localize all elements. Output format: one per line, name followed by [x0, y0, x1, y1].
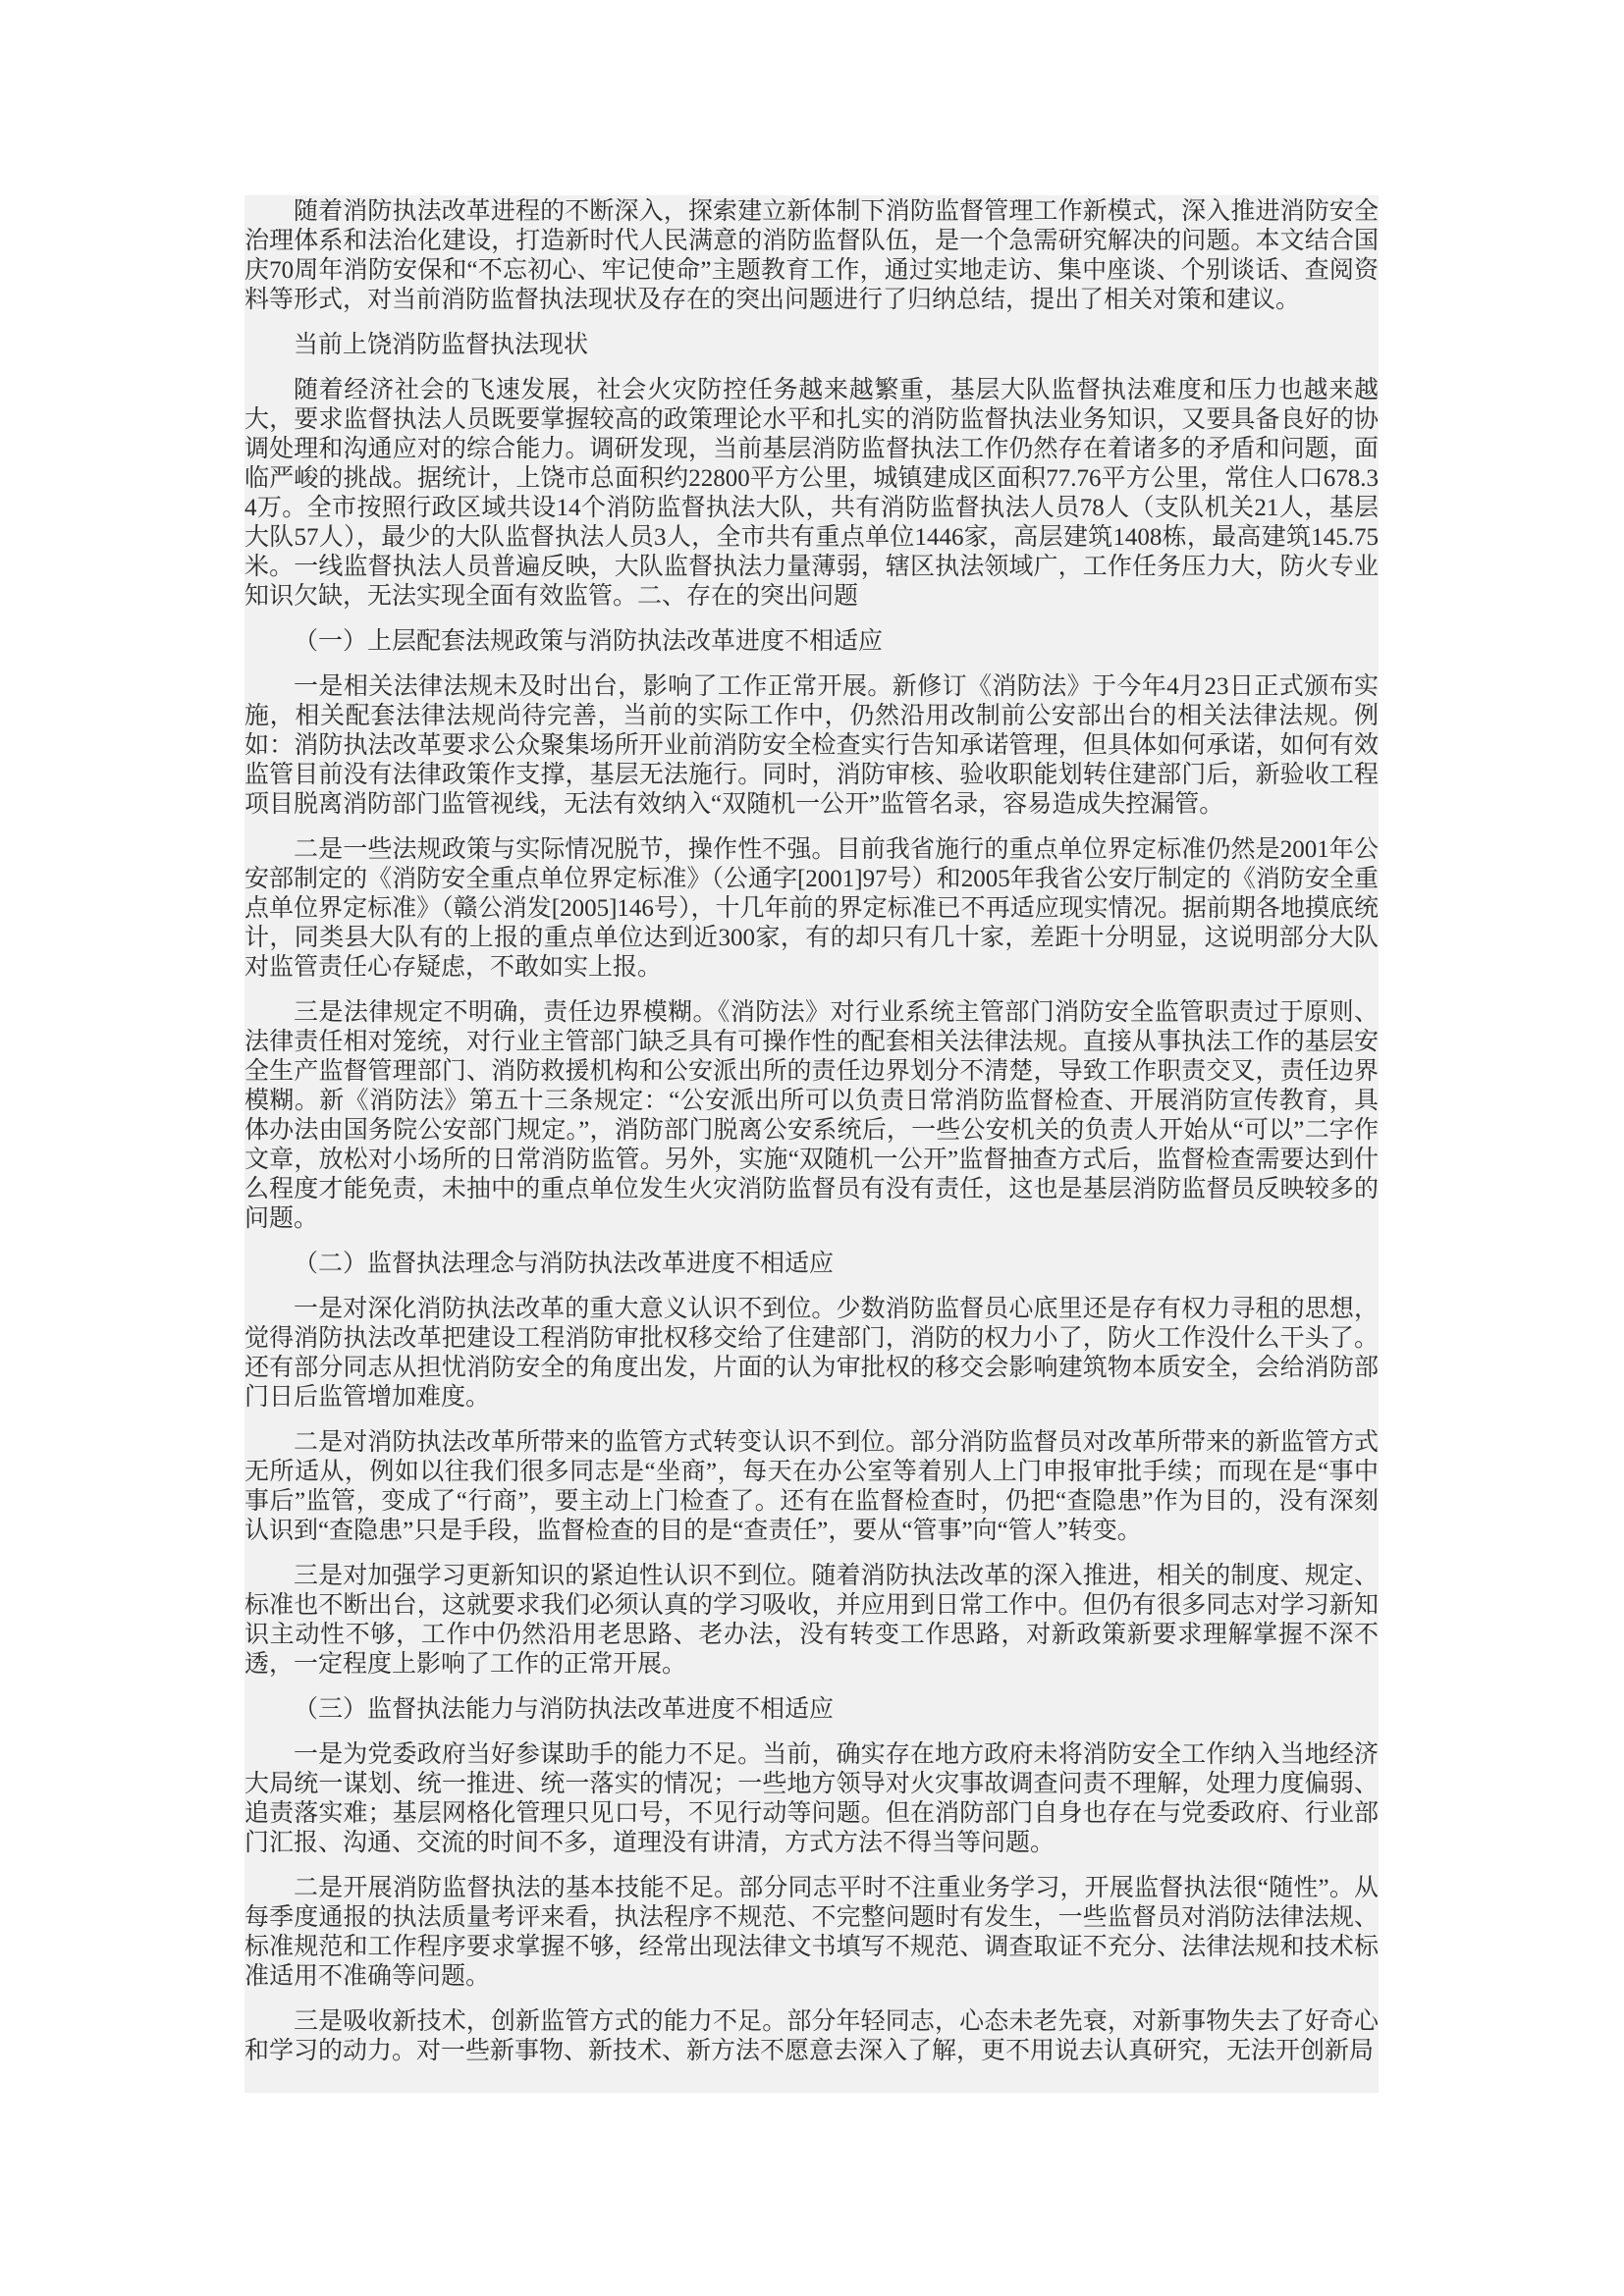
document-page: 随着消防执法改革进程的不断深入，探索建立新体制下消防监督管理工作新模式，深入推进… [0, 0, 1624, 2296]
heading-current-status: 当前上饶消防监督执法现状 [244, 331, 1379, 360]
document-text-block: 随着消防执法改革进程的不断深入，探索建立新体制下消防监督管理工作新模式，深入推进… [244, 195, 1379, 2093]
section-1-point-2: 二是一些法规政策与实际情况脱节，操作性不强。目前我省施行的重点单位界定标准仍然是… [244, 835, 1379, 983]
section-2-point-2: 二是对消防执法改革所带来的监管方式转变认识不到位。部分消防监督员对改革所带来的新… [244, 1428, 1379, 1546]
overview-paragraph: 随着经济社会的飞速发展，社会火灾防控任务越来越繁重，基层大队监督执法难度和压力也… [244, 376, 1379, 612]
section-3-point-1: 一是为党委政府当好参谋助手的能力不足。当前，确实存在地方政府未将消防安全工作纳入… [244, 1740, 1379, 1858]
section-2-point-3: 三是对加强学习更新知识的紧迫性认识不到位。随着消防执法改革的深入推进，相关的制度… [244, 1562, 1379, 1680]
section-3-point-3: 三是吸收新技术，创新监管方式的能力不足。部分年轻同志，心态未老先衰，对新事物失去… [244, 2007, 1379, 2066]
heading-section-3: （三）监督执法能力与消防执法改革进度不相适应 [244, 1695, 1379, 1725]
heading-section-1: （一）上层配套法规政策与消防执法改革进度不相适应 [244, 627, 1379, 657]
heading-section-2: （二）监督执法理念与消防执法改革进度不相适应 [244, 1250, 1379, 1279]
intro-paragraph: 随着消防执法改革进程的不断深入，探索建立新体制下消防监督管理工作新模式，深入推进… [244, 197, 1379, 315]
section-3-point-2: 二是开展消防监督执法的基本技能不足。部分同志平时不注重业务学习，开展监督执法很“… [244, 1874, 1379, 1992]
section-1-point-3: 三是法律规定不明确，责任边界模糊。《消防法》对行业系统主管部门消防安全监管职责过… [244, 998, 1379, 1234]
section-2-point-1: 一是对深化消防执法改革的重大意义认识不到位。少数消防监督员心底里还是存有权力寻租… [244, 1295, 1379, 1413]
section-1-point-1: 一是相关法律法规未及时出台，影响了工作正常开展。新修订《消防法》于今年4月23日… [244, 672, 1379, 820]
